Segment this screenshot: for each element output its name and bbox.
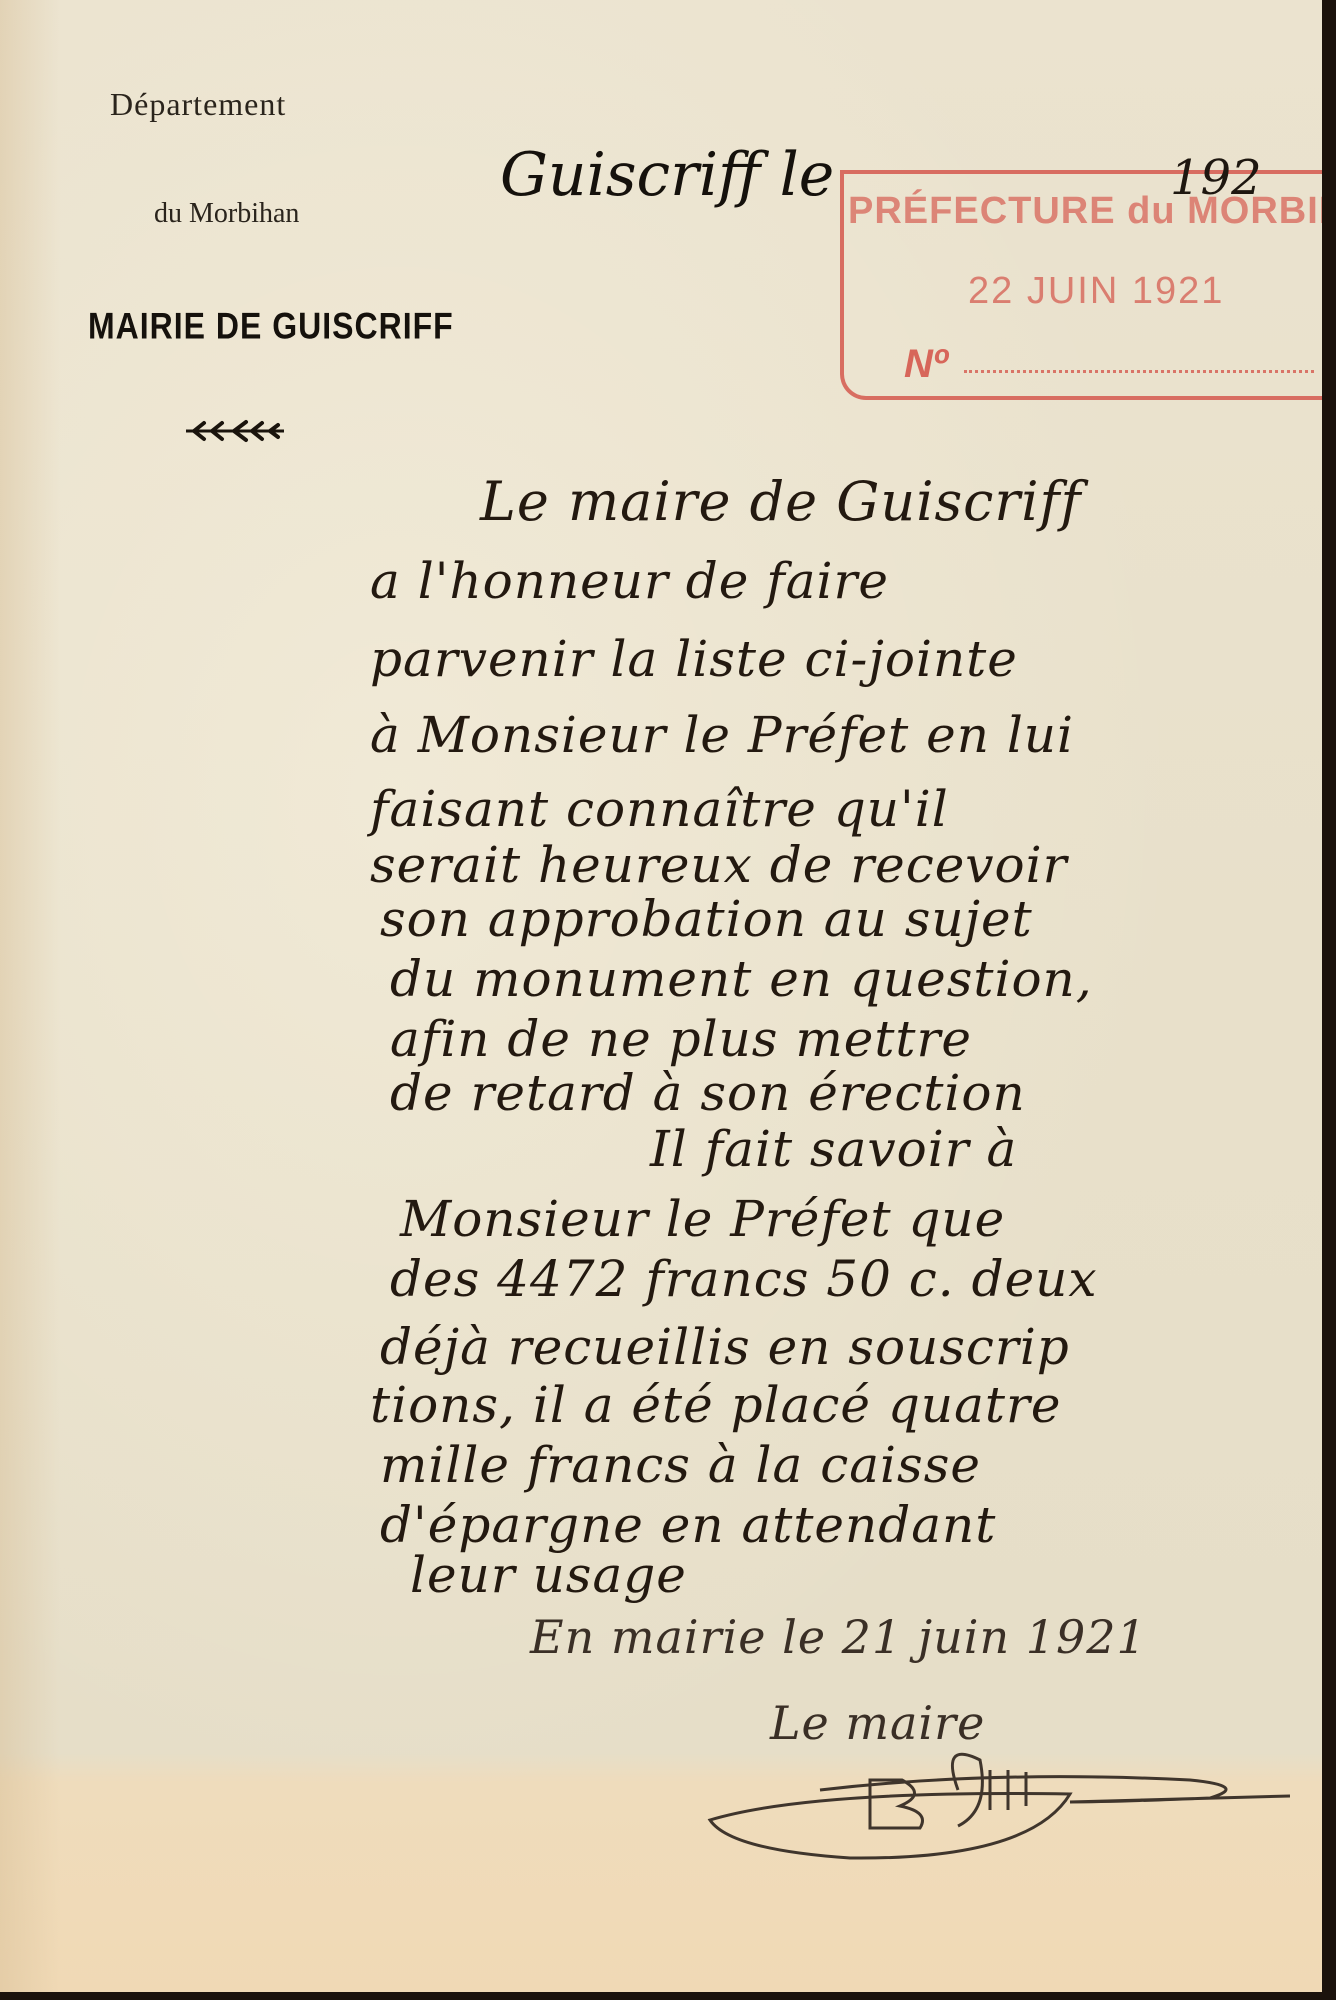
body-line: Le maire de Guiscriff (480, 470, 1081, 533)
stamp-date: 22 JUIN 1921 (968, 270, 1224, 313)
body-line: a l'honneur de faire (370, 552, 889, 610)
dateline-year: 192 (1170, 150, 1262, 206)
stamp-number-label: Nº (904, 342, 948, 387)
stamp-number-line (964, 370, 1314, 373)
dateline-place: Guiscriff le (500, 140, 834, 210)
letterhead-department-name: du Morbihan (154, 198, 299, 230)
body-line: mille francs à la caisse (380, 1436, 981, 1494)
body-line: leur usage (410, 1546, 687, 1604)
body-line: de retard à son érection (390, 1064, 1026, 1122)
paper-fold (0, 0, 60, 1992)
closing-line: En mairie le 21 juin 1921 (530, 1610, 1147, 1664)
body-line: Monsieur le Préfet que (400, 1190, 1005, 1248)
body-line: des 4472 francs 50 c. deux (390, 1250, 1098, 1308)
body-line: serait heureux de recevoir (370, 836, 1068, 894)
laurel-ornament-icon (182, 418, 288, 444)
body-line: du monument en question, (390, 950, 1093, 1008)
body-line: son approbation au sujet (380, 890, 1033, 948)
body-line: à Monsieur le Préfet en lui (370, 706, 1074, 764)
body-line: tions, il a été placé quatre (370, 1376, 1061, 1434)
body-line: afin de ne plus mettre (390, 1010, 972, 1068)
letterhead-mairie: MAIRIE DE GUISCRIFF (88, 305, 454, 348)
stamp-prefecture: PRÉFECTURE du MORBIHAN (848, 190, 1336, 233)
letterhead-department: Département (110, 86, 286, 123)
scan-border-bottom (0, 1992, 1336, 2000)
signature-title: Le maire (770, 1696, 985, 1750)
scan-border-right (1322, 0, 1336, 2000)
letter-page: Département du Morbihan MAIRIE DE GUISCR… (0, 0, 1322, 1992)
body-line: déjà recueillis en souscrip (380, 1318, 1070, 1376)
body-line: parvenir la liste ci-jointe (370, 630, 1018, 688)
body-line: faisant connaître qu'il (370, 780, 949, 838)
signature (690, 1750, 1290, 1870)
body-line: Il fait savoir à (650, 1120, 1017, 1178)
